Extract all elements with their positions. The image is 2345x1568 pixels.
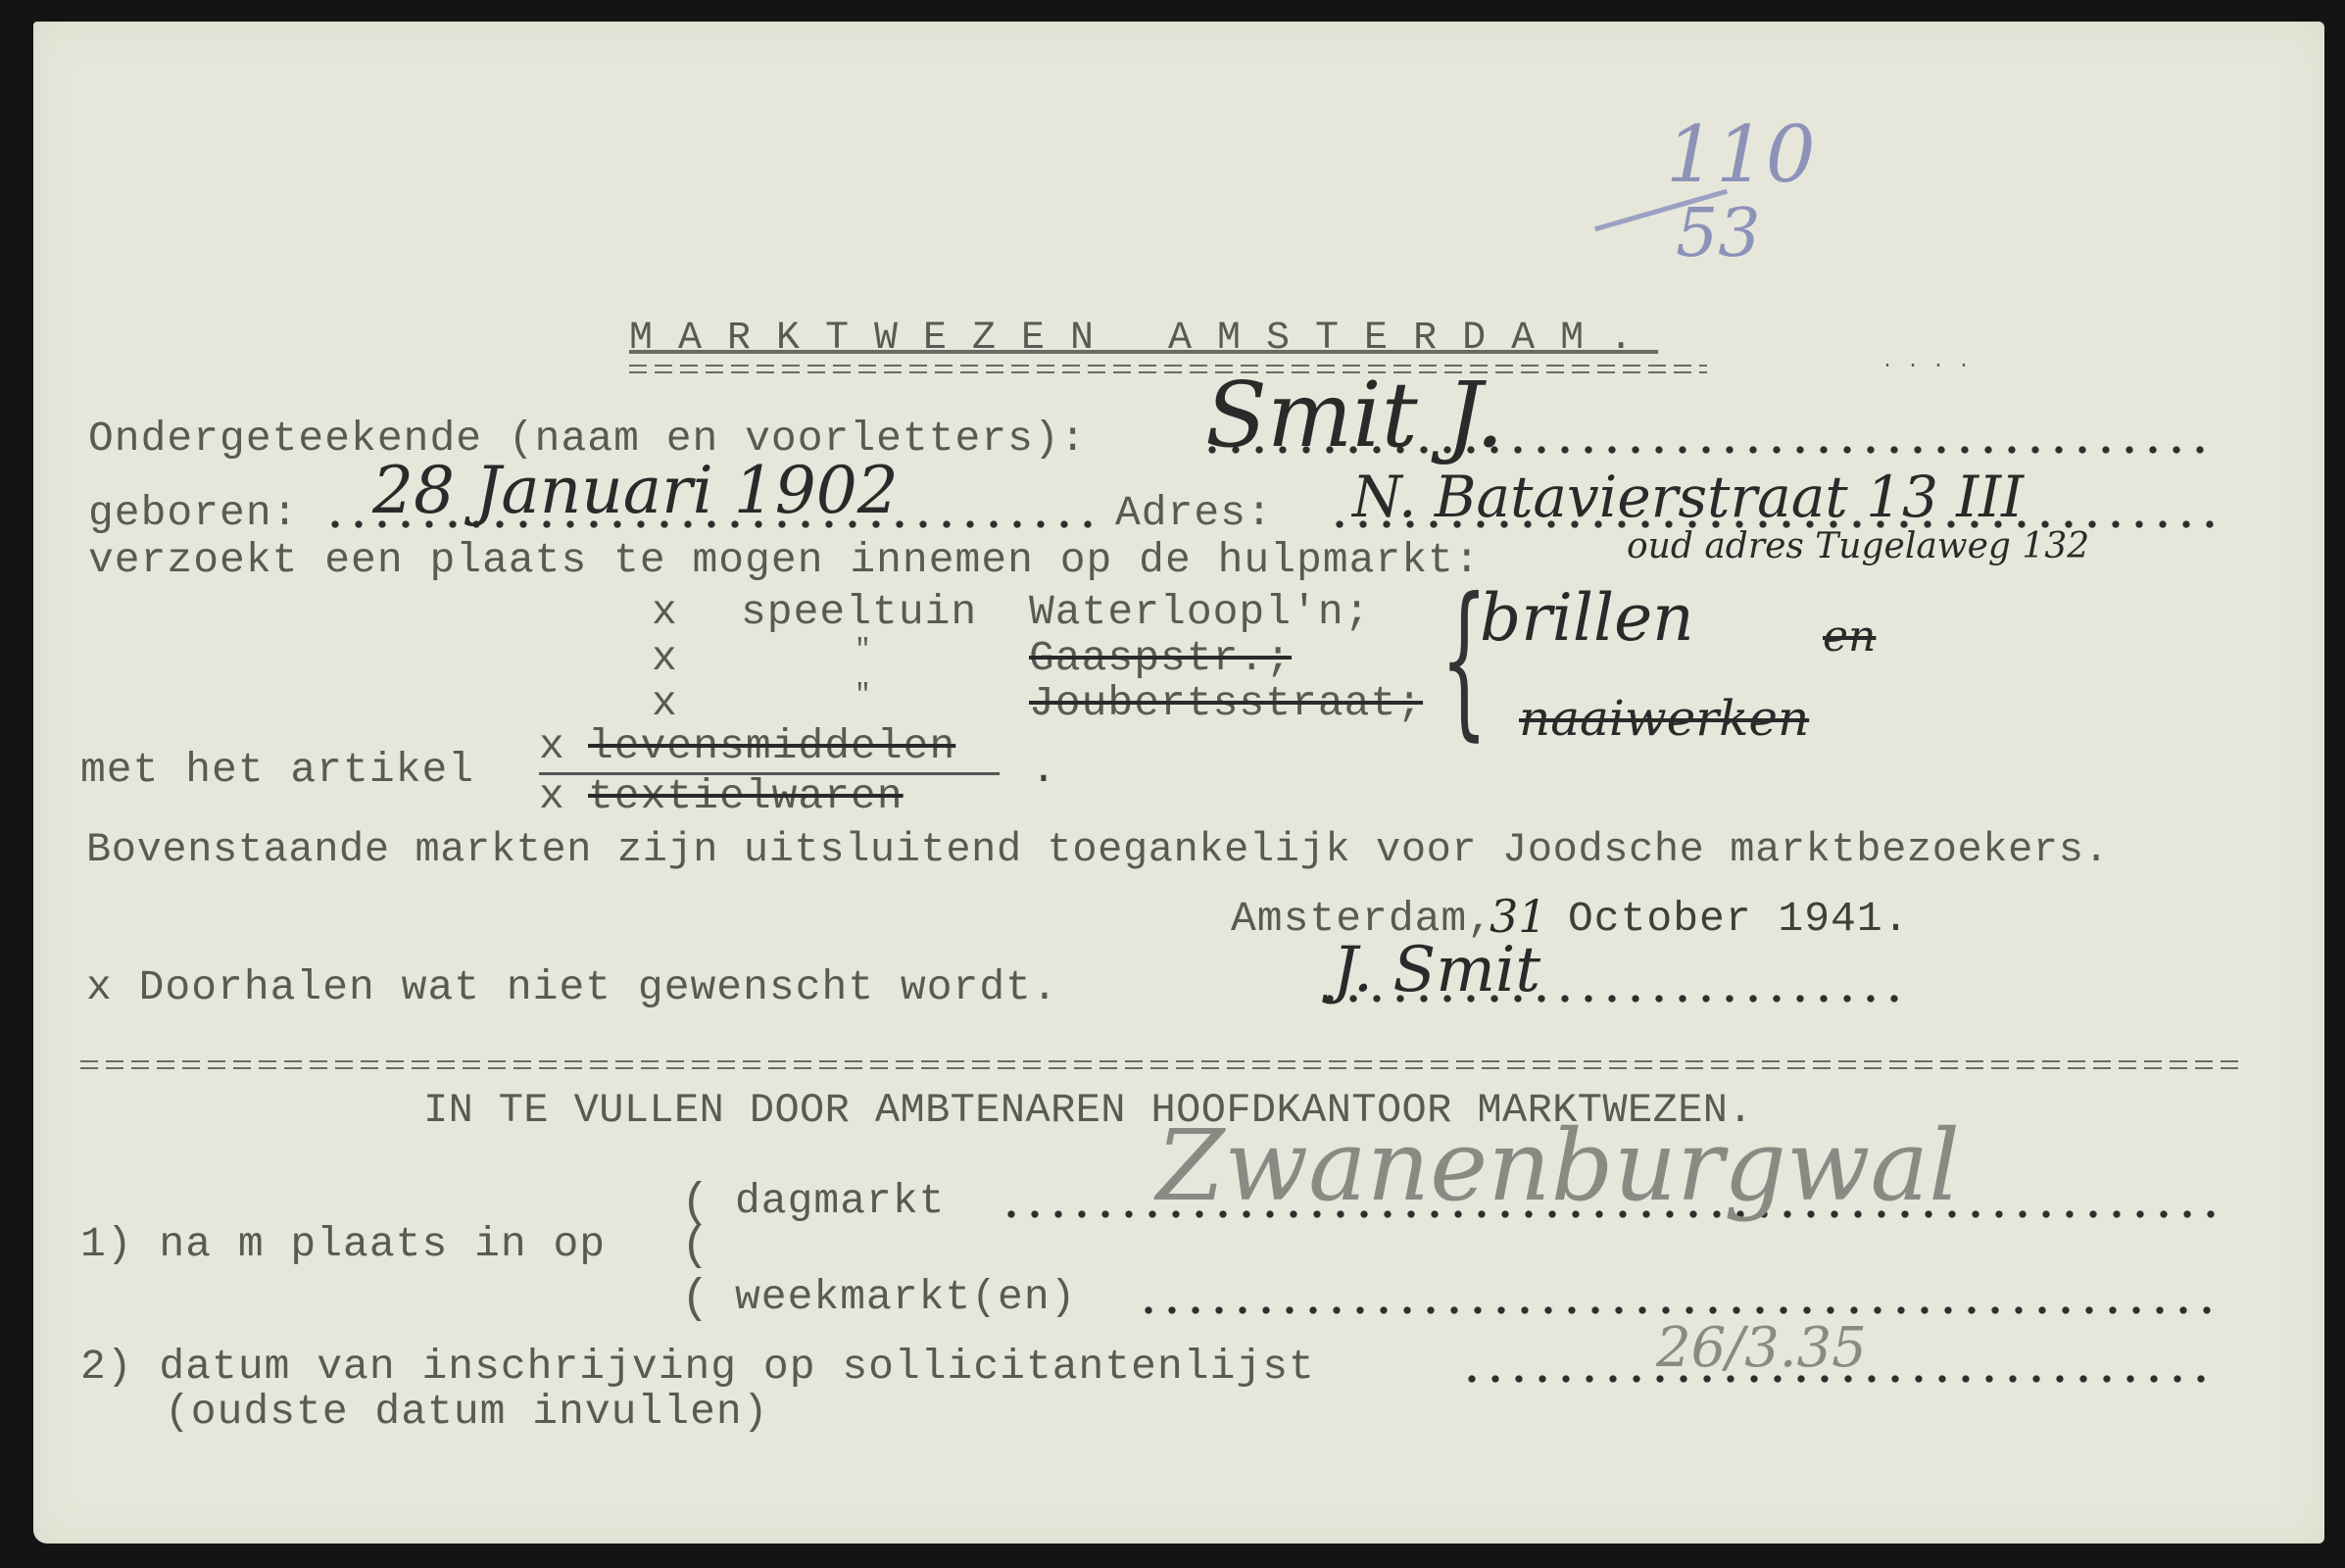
item2-value: 26/3.35 bbox=[1656, 1321, 1867, 1376]
address-label: Adres: bbox=[1115, 492, 1273, 534]
article-end: . bbox=[1031, 749, 1057, 791]
market-name-1: Waterloopl'n; bbox=[1029, 591, 1370, 633]
paren-bottom: ( bbox=[681, 1276, 709, 1323]
document-title: MARKTWEZEN AMSTERDAM. bbox=[629, 319, 1658, 359]
article-label: met het artikel bbox=[80, 749, 474, 791]
archive-mark-bottom: 53 bbox=[1676, 201, 1761, 268]
goods-struck-1: en bbox=[1823, 615, 1876, 659]
dagmarkt-value: Zwanenburgwal bbox=[1156, 1117, 1960, 1215]
market-marker-1: x bbox=[652, 591, 678, 633]
name-value: Smit J. bbox=[1205, 370, 1504, 461]
old-address-note: oud adres Tugelaweg 132 bbox=[1627, 529, 2089, 564]
goods-handwritten: brillen bbox=[1480, 586, 1694, 651]
section-separator bbox=[80, 1058, 2246, 1070]
market-prefix-2: " bbox=[855, 637, 872, 664]
paren-middle: ( bbox=[681, 1223, 709, 1270]
market-marker-3: x bbox=[652, 682, 678, 724]
dagmarkt-label: dagmarkt bbox=[735, 1180, 945, 1222]
market-name-3: Joubertsstraat; bbox=[1029, 682, 1423, 724]
market-marker-2: x bbox=[652, 637, 678, 679]
address-value: N. Batavierstraat 13 III bbox=[1352, 468, 2024, 525]
born-label: geboren: bbox=[88, 492, 298, 534]
date-rest: October 1941. bbox=[1568, 898, 1909, 940]
item2-sub: (oudste datum invullen) bbox=[165, 1391, 769, 1433]
article-option-2: textielwaren bbox=[588, 775, 904, 817]
signature: J. Smit bbox=[1333, 939, 1540, 1002]
article-option-1: levensmiddelen bbox=[588, 725, 955, 767]
item1-label: 1) na m plaats in op bbox=[80, 1223, 606, 1265]
market-name-2: Gaaspstr.; bbox=[1029, 637, 1292, 679]
born-value: 28 Januari 1902 bbox=[372, 459, 899, 523]
item2-label: 2) datum van inschrijving op sollicitant… bbox=[80, 1346, 1315, 1388]
date-day: 31 bbox=[1490, 894, 1547, 939]
market-prefix-1: speeltuin bbox=[741, 591, 977, 633]
market-prefix-3: " bbox=[855, 682, 872, 710]
archive-mark-top: 110 bbox=[1666, 116, 1816, 194]
weekmarkt-dotted-field[interactable] bbox=[1137, 1303, 2220, 1317]
weekmarkt-label: weekmarkt(en) bbox=[735, 1276, 1076, 1318]
goods-struck-2: naaiwerken bbox=[1519, 694, 1809, 743]
title-double-rule bbox=[629, 363, 1707, 374]
article-marker-2: x bbox=[539, 775, 565, 817]
request-text: verzoekt een plaats te mogen innemen op … bbox=[88, 539, 1481, 581]
strike-instruction: x Doorhalen wat niet gewenscht wordt. bbox=[86, 966, 1058, 1008]
notice-text: Bovenstaande markten zijn uitsluitend to… bbox=[86, 829, 2109, 870]
title-right-marks: . . . . bbox=[1881, 353, 1971, 372]
article-marker-1: x bbox=[539, 725, 565, 767]
